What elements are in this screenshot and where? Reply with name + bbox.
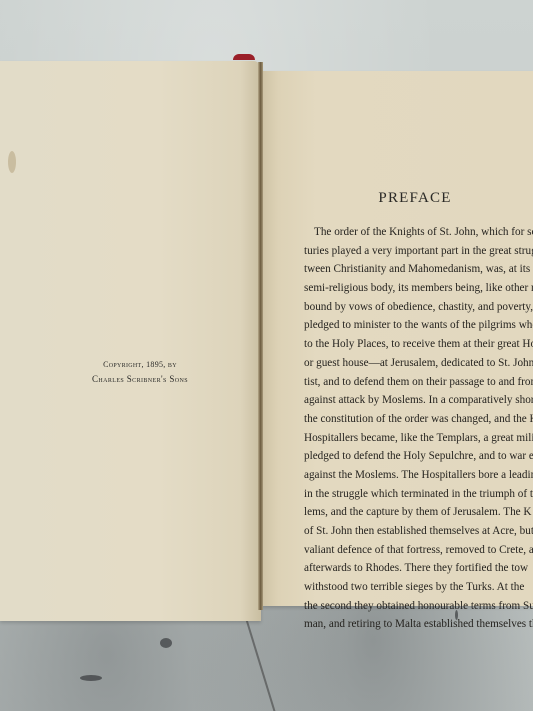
book-cover-edge [233, 54, 255, 60]
text-line: the constitution of the order was change… [304, 410, 533, 429]
preface-title: PREFACE [350, 190, 480, 207]
table-stain [160, 638, 172, 648]
table-stain [80, 675, 102, 681]
text-line: against attack by Moslems. In a comparat… [304, 391, 533, 410]
text-line: turies played a very important part in t… [304, 242, 533, 261]
text-line: afterwards to Rhodes. There they fortifi… [304, 559, 533, 578]
text-line: tween Christianity and Mahomedanism, was… [304, 260, 533, 279]
text-line: in the struggle which terminated in the … [304, 485, 533, 504]
text-line: tist, and to defend them on their passag… [304, 373, 533, 392]
text-line: or guest house—at Jerusalem, dedicated t… [304, 354, 533, 373]
text-line: the second they obtained honourable term… [304, 597, 533, 616]
page-stain [8, 151, 16, 173]
copyright-line: Copyright, 1895, by [50, 357, 230, 372]
text-line: valiant defence of that fortress, remove… [304, 541, 533, 560]
text-line: man, and retiring to Malta established t… [304, 615, 533, 634]
text-line: The order of the Knights of St. John, wh… [304, 223, 533, 242]
copyright-notice: Copyright, 1895, by Charles Scribner's S… [50, 357, 230, 387]
text-line: pledged to defend the Holy Sepulchre, an… [304, 447, 533, 466]
text-line: pledged to minister to the wants of the … [304, 316, 533, 335]
text-line: Hospitallers became, like the Templars, … [304, 429, 533, 448]
text-line: to the Holy Places, to receive them at t… [304, 335, 533, 354]
book-spine [258, 62, 263, 610]
left-page: Copyright, 1895, by Charles Scribner's S… [0, 61, 261, 621]
text-line: semi-religious body, its members being, … [304, 279, 533, 298]
preface-body: The order of the Knights of St. John, wh… [304, 223, 533, 634]
publisher-line: Charles Scribner's Sons [50, 372, 230, 387]
text-line: withstood two terrible sieges by the Tur… [304, 578, 533, 597]
text-line: against the Moslems. The Hospitallers bo… [304, 466, 533, 485]
text-line: of St. John then established themselves … [304, 522, 533, 541]
text-line: lems, and the capture by them of Jerusal… [304, 503, 533, 522]
text-line: bound by vows of obedience, chastity, an… [304, 298, 533, 317]
